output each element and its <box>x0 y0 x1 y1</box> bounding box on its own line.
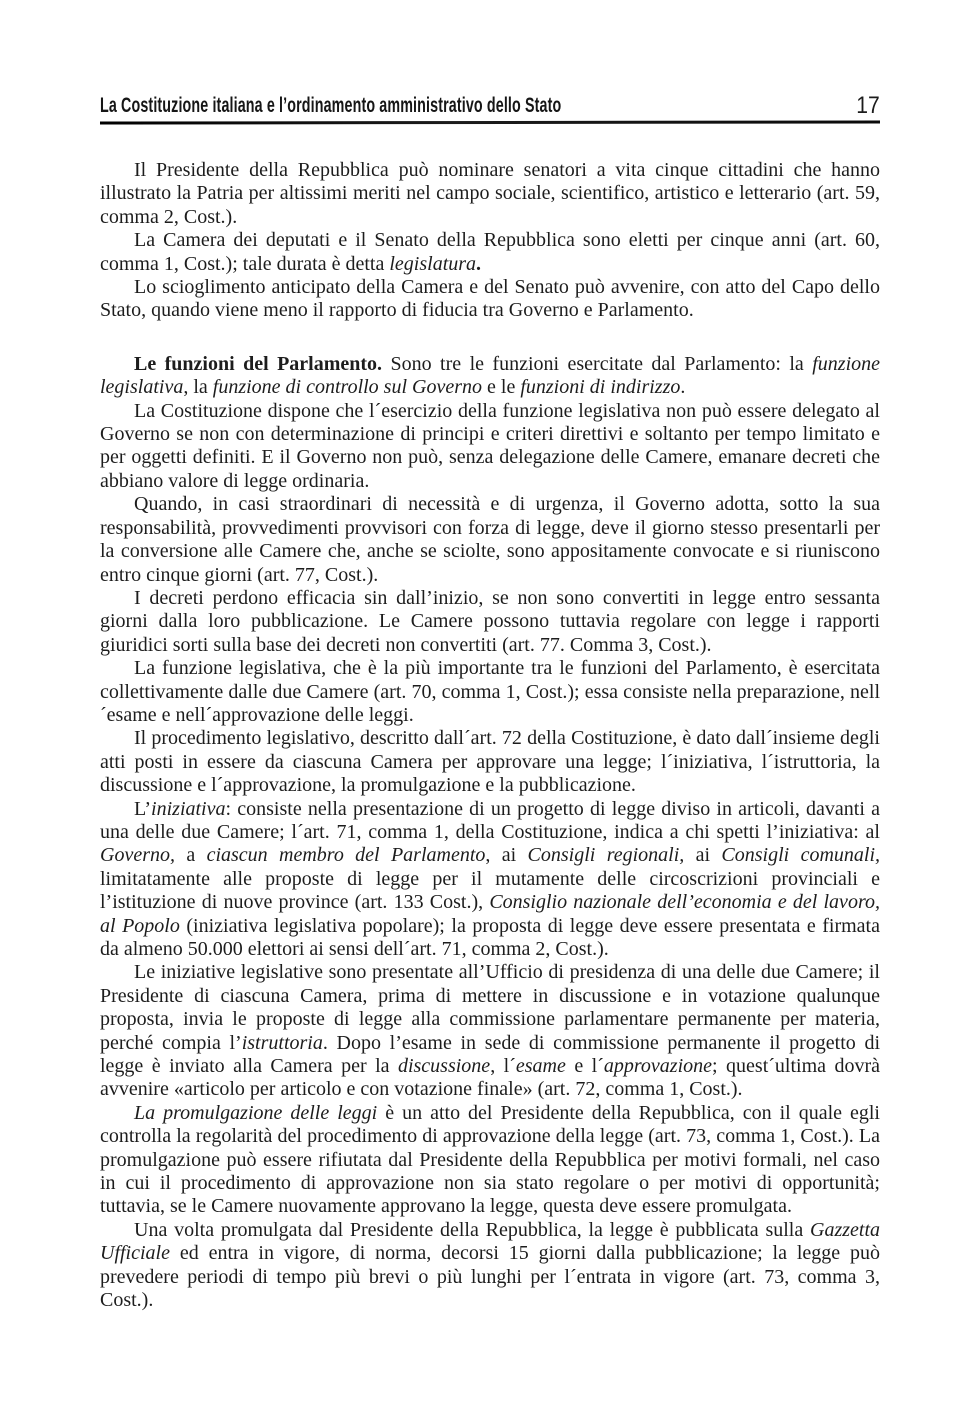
text-run: discussione <box>398 1055 490 1077</box>
text-run: ciascun membro del Parlamento <box>207 844 486 866</box>
paragraph: Il Presidente della Repubblica può nomin… <box>100 159 880 229</box>
page: La Costituzione italiana e l’ordinamento… <box>0 0 977 1417</box>
text-run: Consigli regionali, <box>528 844 685 866</box>
text-run: La funzione legislativa, che è la più im… <box>100 657 880 726</box>
page-header: La Costituzione italiana e l’ordinamento… <box>100 90 880 120</box>
text-run: Sono tre le funzioni esercitate dal Parl… <box>382 353 812 375</box>
text-run: Governo, <box>100 844 175 866</box>
text-run: funzione di controllo sul Governo <box>213 376 482 398</box>
text-run: approvazione <box>604 1055 712 1077</box>
text-run: Consigli comunali, <box>721 844 880 866</box>
text-run: . <box>680 376 685 398</box>
text-run: , ai <box>485 844 527 866</box>
paragraph: Quando, in casi straordinari di necessit… <box>100 493 880 587</box>
paragraph: Le iniziative legislative sono presentat… <box>100 961 880 1101</box>
text-run: Le funzioni del Parlamento. <box>134 353 382 375</box>
text-run: legislatura <box>389 253 476 275</box>
text-run: funzioni di indirizzo <box>520 376 680 398</box>
text-run: iniziativa <box>151 798 225 820</box>
paragraph: La funzione legislativa, che è la più im… <box>100 657 880 727</box>
text-run: Il Presidente della Repubblica può nomin… <box>100 159 880 228</box>
text-run: Quando, in casi straordinari di necessit… <box>100 493 880 585</box>
document-body: Il Presidente della Repubblica può nomin… <box>100 159 880 1313</box>
text-run: , la <box>183 376 212 398</box>
page-number: 17 <box>857 92 880 120</box>
paragraph: Il procedimento legislativo, descritto d… <box>100 727 880 797</box>
text-run: e le <box>482 376 520 398</box>
text-run: ai <box>684 844 721 866</box>
paragraph: La promulgazione delle leggi è un atto d… <box>100 1102 880 1219</box>
text-run: e l´ <box>566 1055 604 1077</box>
text-run: (iniziativa legislativa popolare); la pr… <box>100 915 880 960</box>
paragraph: La Camera dei deputati e il Senato della… <box>100 229 880 276</box>
running-title: La Costituzione italiana e l’ordinamento… <box>100 94 561 118</box>
text-run: Una volta promulgata dal Presidente dell… <box>134 1219 810 1241</box>
text-run: La promulgazione delle leggi <box>134 1102 377 1124</box>
paragraph: I decreti perdono efficacia sin dall’ini… <box>100 587 880 657</box>
text-run: La Camera dei deputati e il Senato della… <box>100 229 880 274</box>
text-run: Il procedimento legislativo, descritto d… <box>100 727 880 796</box>
text-run: Lo scioglimento anticipato della Camera … <box>100 276 880 321</box>
paragraph: L’iniziativa: consiste nella presentazio… <box>100 798 880 962</box>
text-run: . <box>476 253 481 275</box>
text-run: L’ <box>134 798 151 820</box>
text-run: , l´ <box>490 1055 516 1077</box>
text-run: I decreti perdono efficacia sin dall’ini… <box>100 587 880 656</box>
text-run: istruttoria <box>242 1032 323 1054</box>
header-rule <box>100 120 880 124</box>
text-run: La Costituzione dispone che l´esercizio … <box>100 400 880 492</box>
paragraph: Le funzioni del Parlamento. Sono tre le … <box>100 353 880 400</box>
paragraph: Lo scioglimento anticipato della Camera … <box>100 276 880 323</box>
paragraph: La Costituzione dispone che l´esercizio … <box>100 400 880 494</box>
text-run: a <box>175 844 207 866</box>
paragraph: Una volta promulgata dal Presidente dell… <box>100 1219 880 1313</box>
text-run: ed entra in vigore, di norma, decorsi 15… <box>100 1242 880 1311</box>
text-run: esame <box>516 1055 566 1077</box>
